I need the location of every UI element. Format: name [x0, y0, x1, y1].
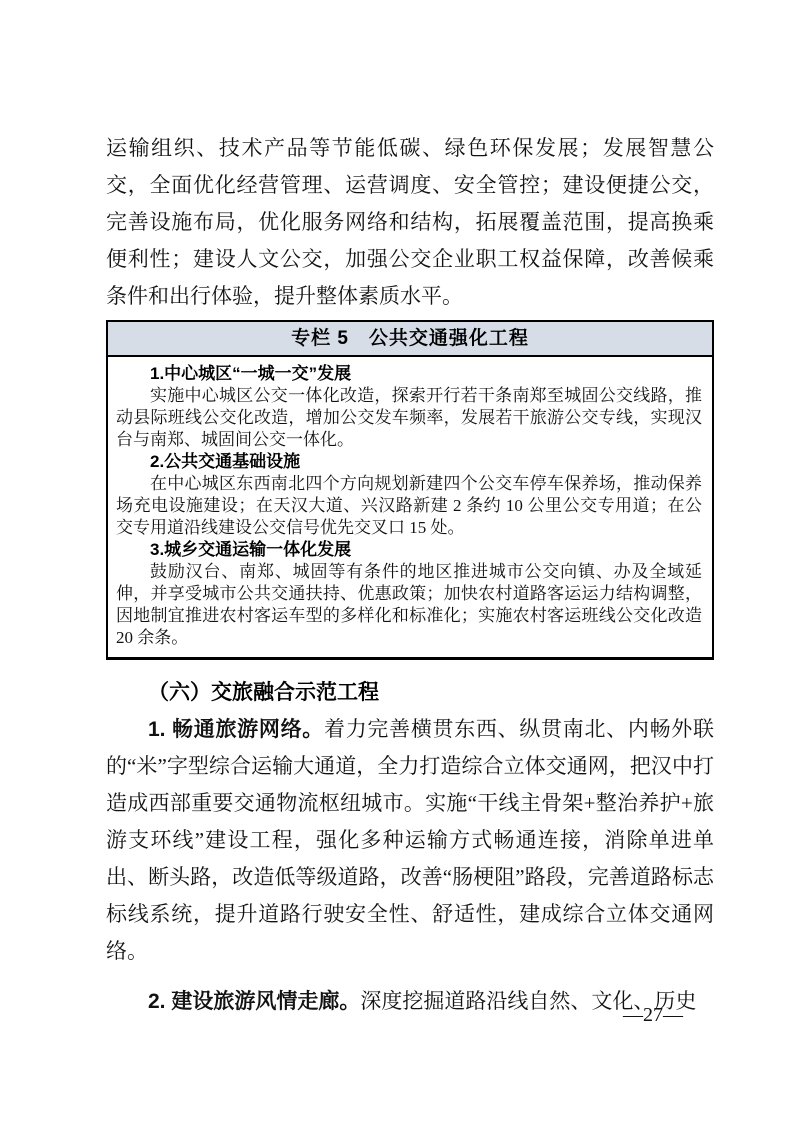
paragraph-1-text: 着力完善横贯东西、纵贯南北、内畅外联的“米”字型综合运输大通道，全力打造综合立体…	[106, 717, 714, 963]
box-section-1-heading: 1.中心城区“一城一交”发展	[116, 363, 702, 385]
callout-box-title: 专栏 5 公共交通强化工程	[108, 322, 712, 357]
callout-box: 专栏 5 公共交通强化工程 1.中心城区“一城一交”发展 实施中心城区公交一体化…	[106, 320, 714, 660]
document-page: 运输组织、技术产品等节能低碳、绿色环保发展；发展智慧公交，全面优化经营管理、运营…	[0, 0, 793, 1122]
page-number: —27—	[623, 1002, 683, 1028]
paragraph-1: 1. 畅通旅游网络。着力完善横贯东西、纵贯南北、内畅外联的“米”字型综合运输大通…	[106, 711, 714, 970]
box-section-2-body: 在中心城区东西南北四个方向规划新建四个公交车停车保养场，推动保养场充电设施建设；…	[116, 473, 702, 539]
paragraph-2-lead: 2. 建设旅游风情走廊。	[148, 990, 360, 1013]
box-section-2-heading: 2.公共交通基础设施	[116, 451, 702, 473]
box-section-3-heading: 3.城乡交通运输一体化发展	[116, 539, 702, 561]
callout-box-body: 1.中心城区“一城一交”发展 实施中心城区公交一体化改造，探索开行若干条南郑至城…	[108, 357, 712, 657]
intro-paragraph: 运输组织、技术产品等节能低碳、绿色环保发展；发展智慧公交，全面优化经营管理、运营…	[106, 130, 714, 315]
box-section-3-body: 鼓励汉台、南郑、城固等有条件的地区推进城市公交向镇、办及全域延伸，并享受城市公共…	[116, 561, 702, 649]
box-section-1-body: 实施中心城区公交一体化改造，探索开行若干条南郑至城固公交线路，推动县际班线公交化…	[116, 385, 702, 451]
paragraph-1-lead: 1. 畅通旅游网络。	[148, 718, 324, 741]
subsection-heading: （六）交旅融合示范工程	[106, 674, 714, 711]
page-content: 运输组织、技术产品等节能低碳、绿色环保发展；发展智慧公交，全面优化经营管理、运营…	[106, 130, 714, 1020]
